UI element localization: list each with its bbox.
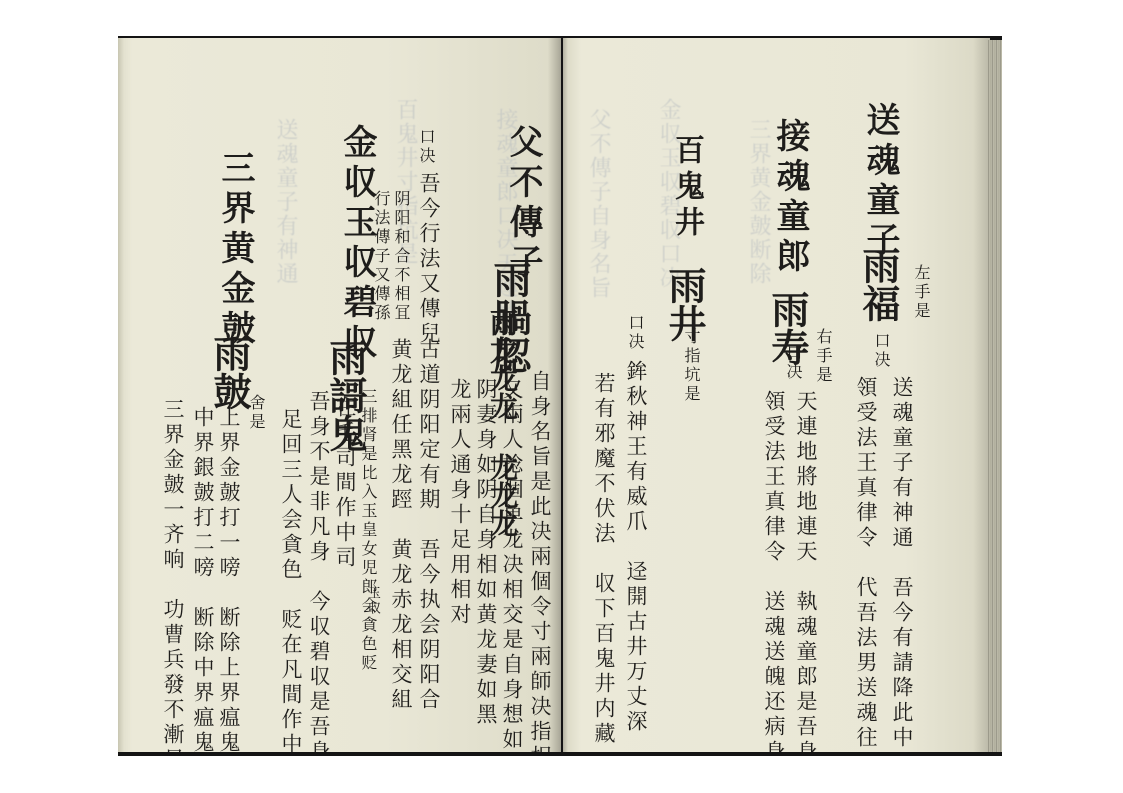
text-line: 送魂童子有神通 吾今有請降此中 [891, 376, 912, 716]
annotation: 玉収 [366, 586, 379, 616]
oral-formula-label: 口决 [785, 344, 801, 382]
talisman-glyph: 雨福 [859, 246, 897, 322]
note: 寸指坑是 [683, 328, 699, 404]
page-edges [988, 40, 1002, 752]
text-line: 阴妻身如阴自身相如黄龙妻如黑 [475, 378, 496, 752]
text-line: 吾今行法又傳兒 [418, 172, 439, 347]
right-page: 父不傳子自身名旨 金収玉収碧収口决 三界黄金皷断除 送魂童子 雨福 左手是 口决… [563, 38, 990, 752]
oral-formula-label: 口决 [873, 332, 889, 370]
section-title: 接魂童郎 [773, 118, 807, 278]
text-line: 中界銀皷打二嗙 断除中界瘟鬼神 [192, 406, 213, 736]
section-title: 百鬼井 [671, 134, 701, 242]
talisman-glyph: 雨龙龙龙 龙龙龙 [488, 308, 516, 368]
text-line: 領受法王真律令 代吾法男送魂往 [855, 376, 876, 716]
text-line: 阴阳和合不相冝 [393, 190, 409, 323]
section-title: 金収玉収碧収 [340, 124, 374, 364]
text-line: 天連地將地連天 執魂童郎是吾身 [795, 390, 816, 730]
text-line: 黄龙組任黑龙踁 黄龙赤龙相交組 [390, 338, 411, 738]
text-line: 三界金皷一齐响 功曹兵發不漸星 [162, 398, 183, 728]
text-line: 吾身不是非凡身 今収碧収是吾身 [308, 390, 329, 710]
text-line: 在毛司間作中司 [334, 396, 355, 571]
section-title: 三界黄金皷 [218, 150, 252, 350]
oral-formula-label: 口决 [418, 128, 434, 166]
text-line: 上界金皷打一嗙 断除上界瘟鬼神 [218, 406, 239, 736]
left-page: 接魂童郎口决天連地 百鬼井寸指坑是 送魂童子有神通 父不傳子 雨腡䏰 雨龙龙龙 … [118, 38, 561, 752]
text-line: 足回三人会貪色 贬在凡間作中司 [280, 408, 301, 708]
text-line: 鉾秋神王有威爪 迳開古井万丈深 [625, 360, 646, 700]
text-line: 自身名旨是此决兩個令寸兩師决指相交是 [529, 370, 550, 750]
text-line: 又兩人捻個单龙决相交是自身想如 [501, 378, 522, 752]
oral-formula-label: 口决 [627, 314, 643, 352]
text-line: 龙兩人通身十足用相对 [449, 378, 470, 752]
section-title: 送魂童子 [863, 102, 897, 262]
text-line: 三排肾是比入玉皇女児郎会貪色贬 [360, 388, 376, 718]
note: 右手是 [815, 328, 831, 385]
text-line: 領受法王真律令 送魂送魄还病身 [763, 390, 784, 730]
text-line: 古道阴阳定有期 吾今执会阴阳合 [418, 338, 439, 738]
note: 左手是 [913, 264, 929, 321]
talisman-glyph: 雨皷 [210, 334, 248, 410]
text-line: 若有邪魔不伏法 収下百鬼井内藏 [593, 372, 614, 712]
open-book: 接魂童郎口决天連地 百鬼井寸指坑是 送魂童子有神通 父不傳子 雨腡䏰 雨龙龙龙 … [118, 36, 1002, 756]
note: 舍是 [248, 394, 264, 432]
